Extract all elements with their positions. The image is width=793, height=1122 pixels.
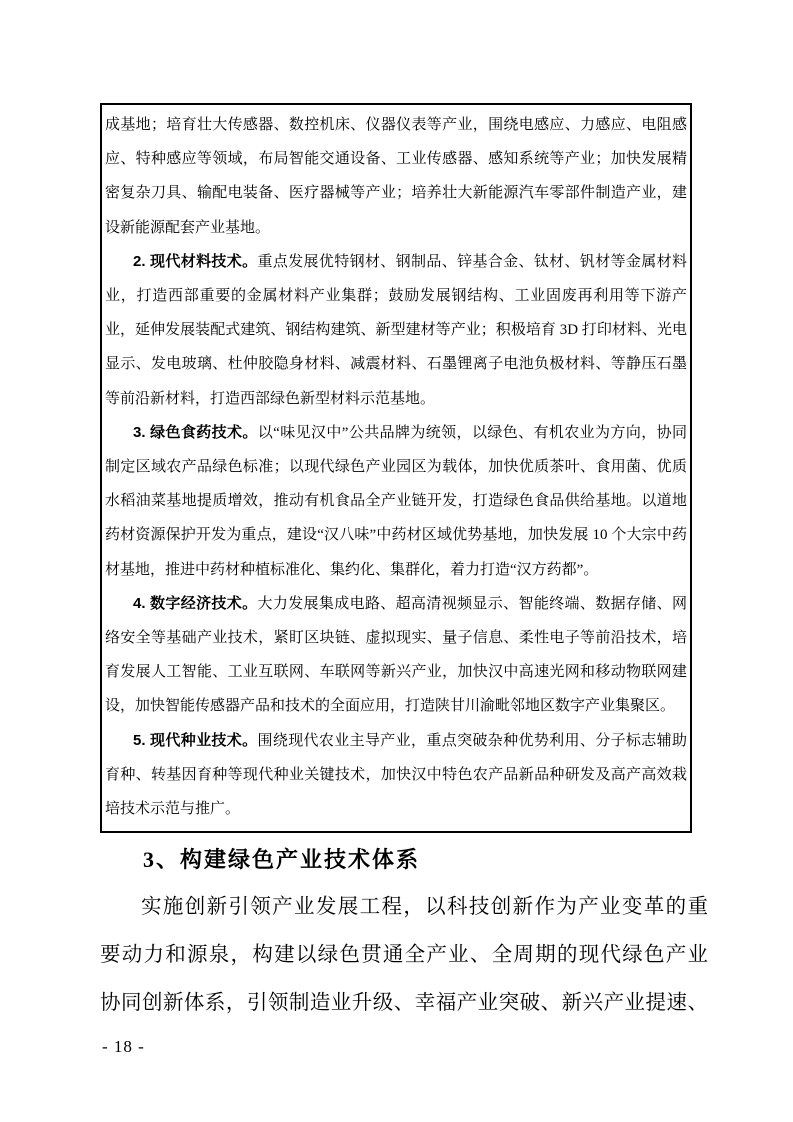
body-paragraph: 实施创新引领产业发展工程，以科技创新作为产业变革的重 要动力和源泉，构建以绿色贯… [100, 883, 708, 1027]
box-paragraph-green-food-medicine: 3. 绿色食药技术。以“味见汉中”公共品牌为统领，以绿色、有机农业为方向，协同制… [105, 416, 687, 587]
paragraph-label: 2. 现代材料技术。 [133, 253, 258, 270]
box-paragraph-continuation: 成基地；培育壮大传感器、数控机床、仪器仪表等产业，围绕电感应、力感应、电阻感应、… [105, 108, 687, 245]
paragraph-text: 成基地；培育壮大传感器、数控机床、仪器仪表等产业，围绕电感应、力感应、电阻感应、… [105, 117, 687, 236]
page-number: - 18 - [102, 1036, 145, 1058]
paragraph-text: 大力发展集成电路、超高清视频显示、智能终端、数据存储、网络安全等基础产业技术，紧… [105, 596, 687, 715]
paragraph-text: 重点发展优特钢材、钢制品、锌基合金、钛材、钒材等金属材料业，打造西部重要的金属材… [105, 254, 687, 407]
box-paragraph-modern-materials: 2. 现代材料技术。重点发展优特钢材、钢制品、锌基合金、钛材、钒材等金属材料业，… [105, 245, 687, 416]
section-heading: 3、构建绿色产业技术体系 [143, 846, 420, 874]
box-paragraph-digital-economy: 4. 数字经济技术。大力发展集成电路、超高清视频显示、智能终端、数据存储、网络安… [105, 587, 687, 724]
paragraph-text: 以“味见汉中”公共品牌为统领，以绿色、有机农业为方向，协同制定区域农产品绿色标准… [105, 425, 687, 578]
paragraph-label: 5. 现代种业技术。 [133, 732, 258, 749]
body-paragraph-line: 实施创新引领产业发展工程，以科技创新作为产业变革的重 [100, 883, 708, 931]
content-table-cell: 成基地；培育壮大传感器、数控机床、仪器仪表等产业，围绕电感应、力感应、电阻感应、… [100, 103, 692, 833]
body-paragraph-line: 协同创新体系，引领制造业升级、幸福产业突破、新兴产业提速、 [100, 979, 708, 1027]
paragraph-label: 3. 绿色食药技术。 [133, 424, 258, 441]
paragraph-label: 4. 数字经济技术。 [133, 595, 258, 612]
body-paragraph-line: 要动力和源泉，构建以绿色贯通全产业、全周期的现代绿色产业 [100, 931, 708, 979]
box-paragraph-modern-seed: 5. 现代种业技术。围绕现代农业主导产业，重点突破杂种优势利用、分子标志辅助育种… [105, 724, 687, 827]
document-page: 成基地；培育壮大传感器、数控机床、仪器仪表等产业，围绕电感应、力感应、电阻感应、… [0, 0, 793, 1122]
